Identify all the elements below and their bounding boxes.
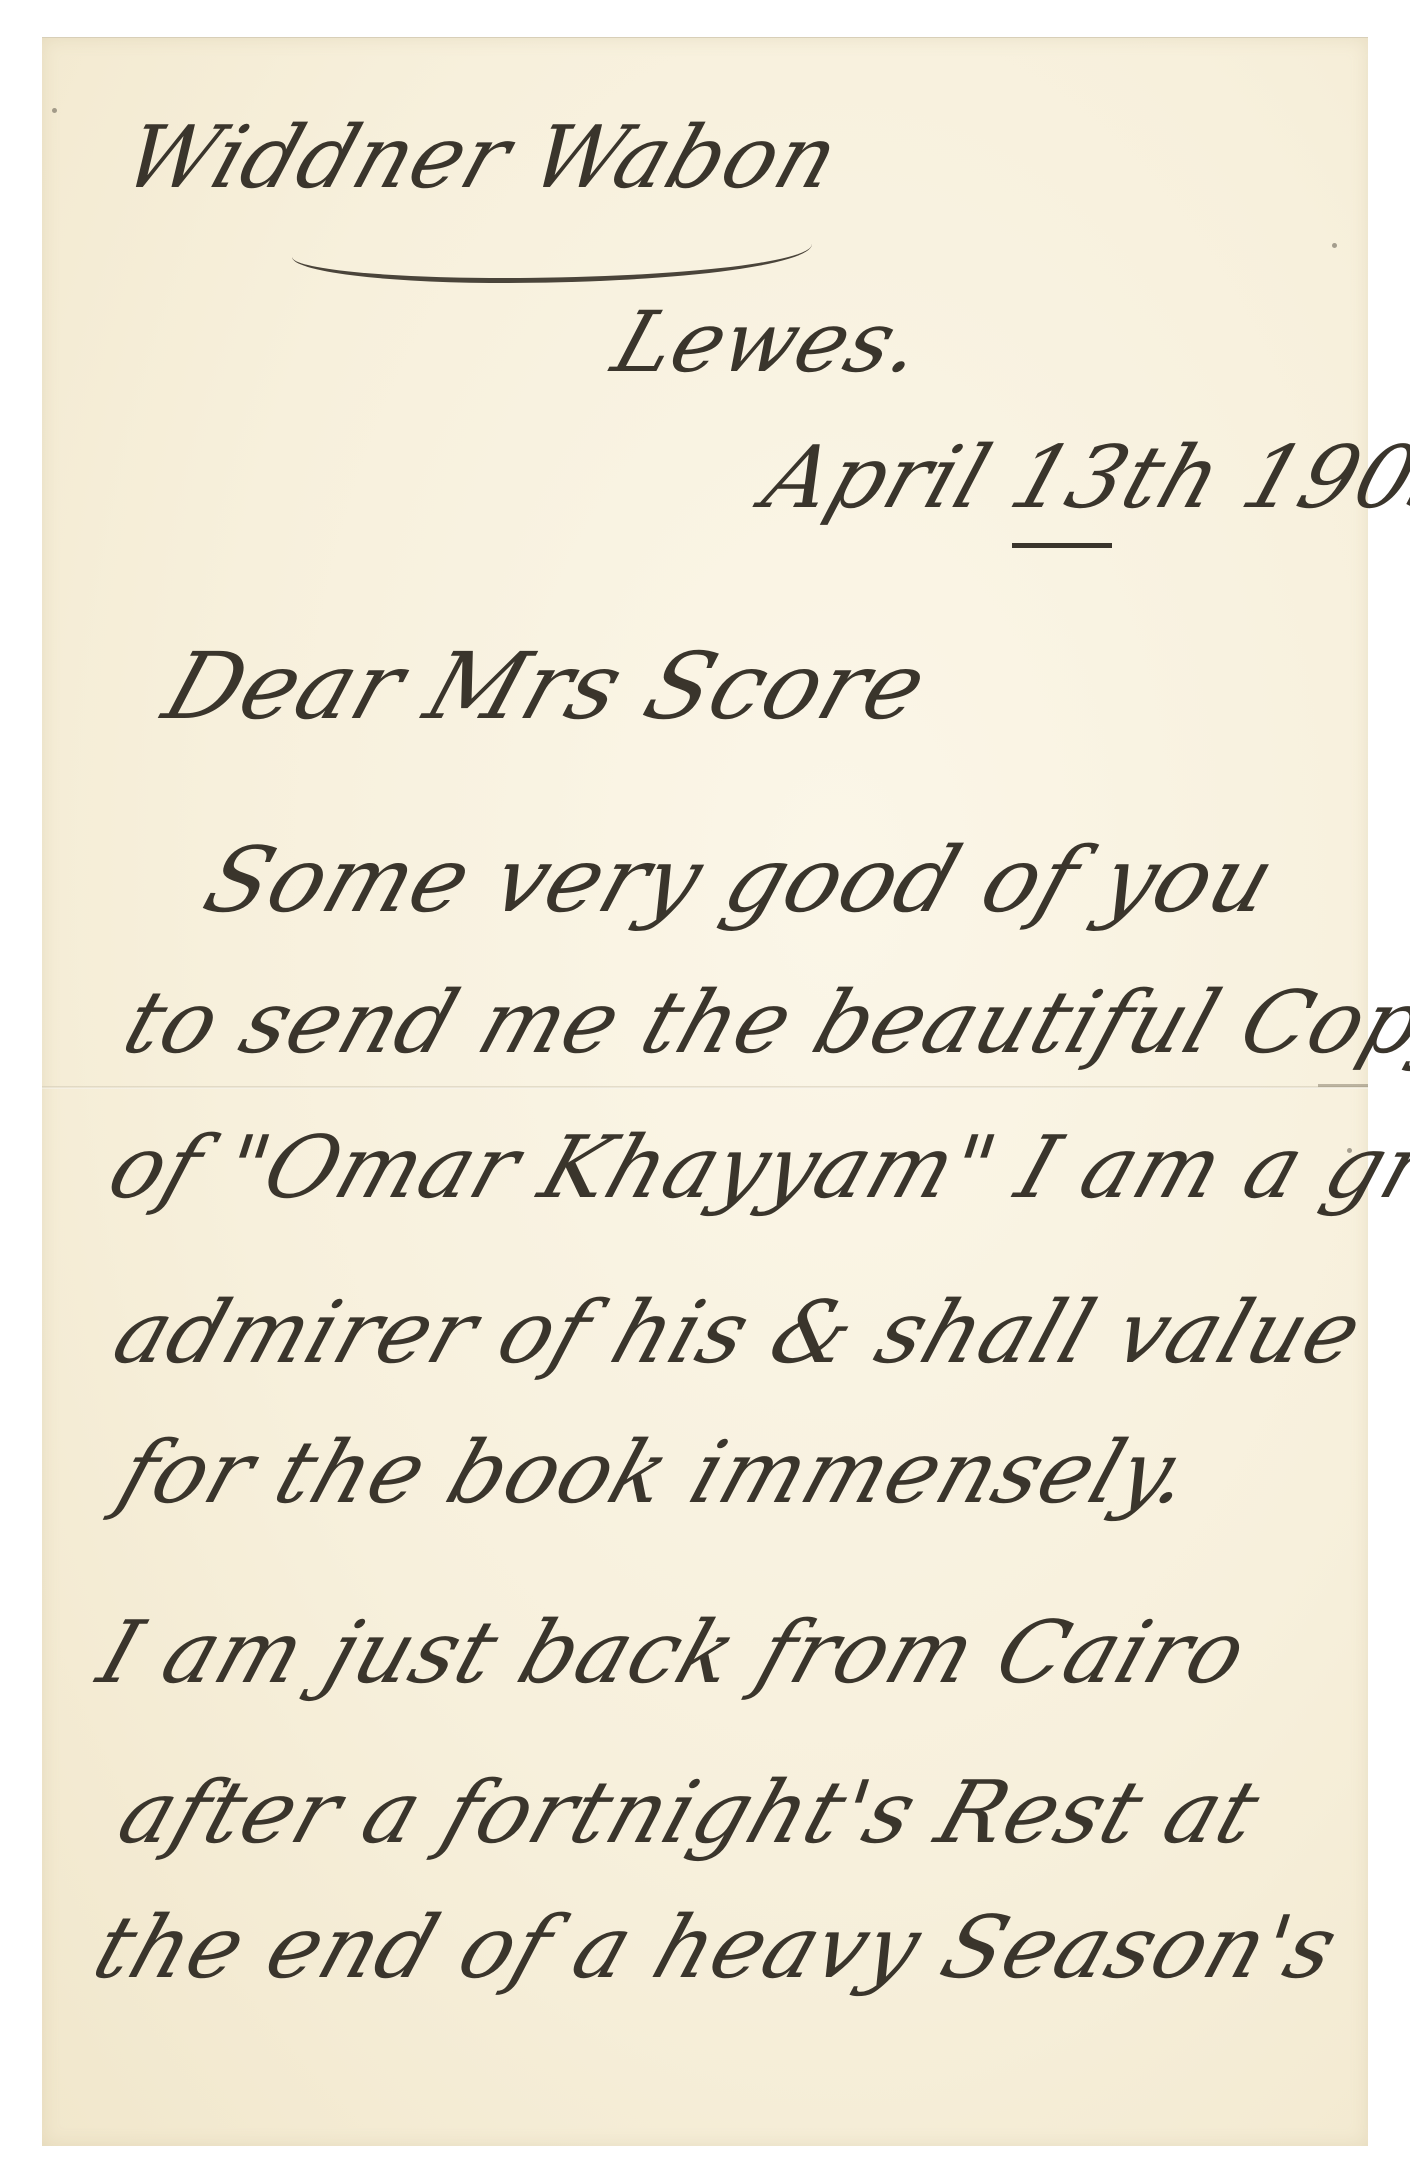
- paper-fold-line: [42, 1086, 1368, 1089]
- address-flourish: [292, 218, 812, 283]
- body-line-4: admirer of his & shall value: [102, 1283, 1374, 1383]
- address-line-2: Lewes.: [602, 293, 937, 391]
- letter-date: April 13th 1903.: [752, 428, 1410, 528]
- body-line-8: the end of a heavy Season's: [82, 1898, 1350, 1998]
- ink-speck: [52, 108, 57, 113]
- date-underline: [1012, 543, 1112, 548]
- salutation: Dear Mrs Score: [152, 633, 940, 740]
- ink-speck: [1332, 243, 1337, 248]
- ink-speck: [1347, 1148, 1352, 1153]
- letter-paper: Widdner Wabon Lewes. April 13th 1903. De…: [42, 37, 1368, 2146]
- body-line-5: for the book immensely.: [107, 1423, 1205, 1523]
- address-line-1: Widdner Wabon: [112, 108, 851, 208]
- paper-fold-crease: [1318, 1084, 1368, 1087]
- body-line-1: Some very good of you: [192, 828, 1288, 933]
- body-line-7: after a fortnight's Rest at: [107, 1763, 1272, 1863]
- body-line-3: of "Omar Khayyam" I am a great: [97, 1118, 1410, 1218]
- body-line-6: I am just back from Cairo: [87, 1603, 1259, 1703]
- body-line-2: to send me the beautiful Copy: [112, 973, 1410, 1073]
